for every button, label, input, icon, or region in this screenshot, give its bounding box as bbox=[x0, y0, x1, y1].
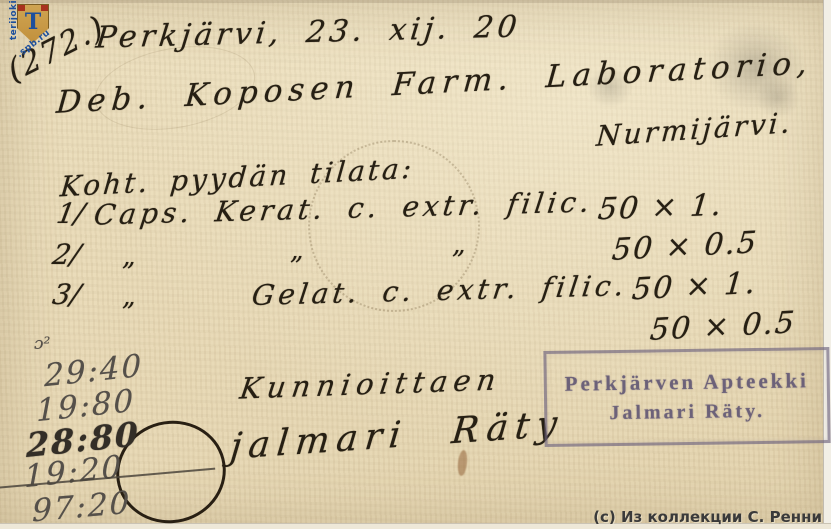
ditto-mark: „ bbox=[290, 238, 303, 264]
ditto-mark: „ bbox=[452, 232, 465, 258]
pharmacy-stamp: Perkjärven Apteekki Jalmari Räty. bbox=[543, 347, 830, 447]
shield-red-corner-right bbox=[41, 5, 48, 11]
stamp-line-2: Jalmari Räty. bbox=[609, 400, 765, 425]
order-item-qty: 50 × 0.5 bbox=[649, 308, 798, 346]
order-item-qty: 50 × 0.5 bbox=[611, 228, 760, 266]
order-item-drug: Gelat. c. extr. filic. bbox=[250, 272, 629, 310]
stamp-line-1: Perkjärven Apteekki bbox=[565, 368, 810, 396]
site-watermark: terijoki T .spb.ru bbox=[5, 1, 61, 59]
dateline: Perkjärvi, 23. xij. 20 bbox=[94, 12, 522, 53]
pencil-total: 97:20 bbox=[32, 488, 132, 528]
order-item-number: 3/ bbox=[51, 281, 83, 309]
pencil-mark: ɔ² bbox=[34, 336, 50, 353]
collection-credit: (с) Из коллекции С. Ренни bbox=[593, 508, 822, 526]
watermark-letter: T bbox=[25, 11, 41, 33]
rust-spot bbox=[457, 450, 469, 477]
signature: jalmari Räty bbox=[228, 406, 565, 466]
order-item-qty: 50 × 1. bbox=[631, 269, 758, 306]
ditto-mark: „ bbox=[122, 244, 135, 270]
scan-edge-right bbox=[823, 0, 831, 529]
shield-red-corner-left bbox=[18, 5, 25, 11]
closing-phrase: Kunnioittaen bbox=[238, 365, 503, 403]
postcard-scan: terijoki T .spb.ru (272.) Perkjärvi, 23.… bbox=[0, 0, 831, 529]
scan-edge-top bbox=[0, 0, 831, 3]
ditto-mark: „ bbox=[122, 284, 135, 310]
order-item-number: 1/ bbox=[55, 200, 87, 228]
recipient-line-2: Nurmijärvi. bbox=[595, 109, 793, 151]
order-item-number: 2/ bbox=[51, 241, 83, 269]
order-item-qty: 50 × 1. bbox=[596, 191, 724, 225]
